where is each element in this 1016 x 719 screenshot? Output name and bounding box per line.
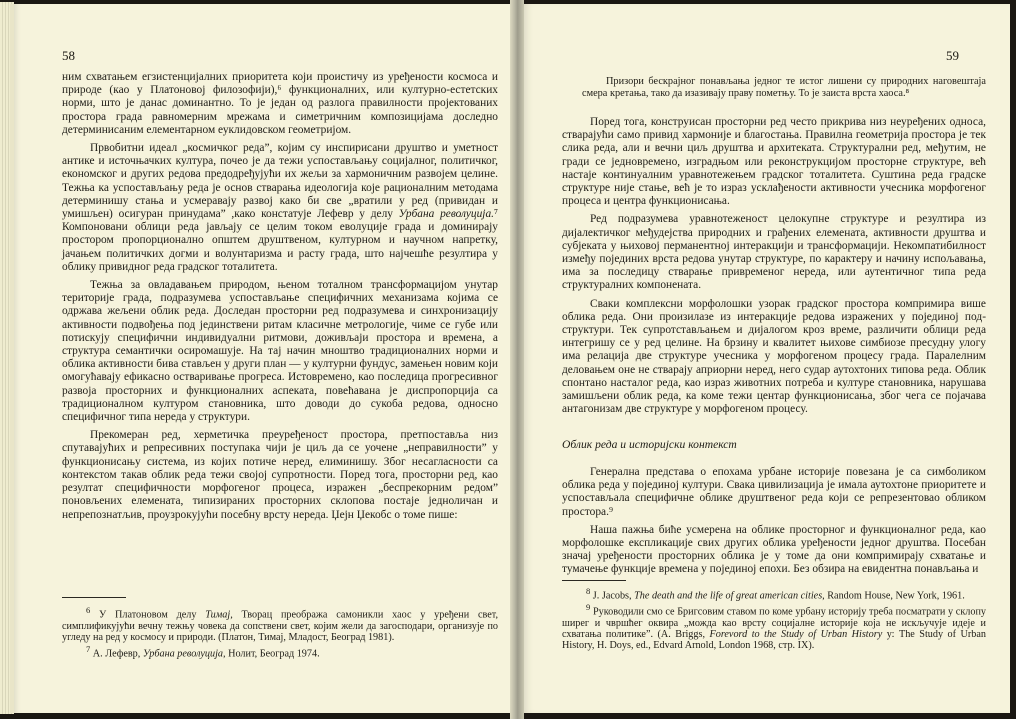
footnote-mark: 7 <box>86 644 90 654</box>
quote-text: Призори бескрајног понављања једног те и… <box>582 76 986 100</box>
footnote-9: 9 Руководили смо се Бригсовим ставом по … <box>562 602 986 652</box>
footnote-6: 6 У Платоновом делу Тимај, Творац преобр… <box>62 605 498 644</box>
paragraph: Наша пажња биће усмерена на облике прост… <box>562 524 986 577</box>
footnote-italic-title: The death and the life of great american… <box>634 590 825 601</box>
footnote-rule <box>62 597 126 598</box>
right-body-text: Поред тога, конструисан просторни ред че… <box>562 116 986 416</box>
paragraph: Поред тога, конструисан просторни ред че… <box>562 116 986 208</box>
page-number-left: 58 <box>62 48 75 64</box>
italic-title: Урбана револуција. <box>399 208 494 220</box>
paragraph: Сваки комплексни морфолошки узорак градс… <box>562 298 986 417</box>
paragraph: Тежња за овладавањем природом, њеном тот… <box>62 279 498 424</box>
paragraph: Генерална представа о епохама урбане ист… <box>562 466 986 519</box>
book-gutter <box>510 0 524 719</box>
footnote-7: 7 А. Лефевр, Урбана револуција, Нолит, Б… <box>62 644 498 660</box>
section-body-text: Генерална представа о епохама урбане ист… <box>562 466 986 577</box>
footnote-mark: 9 <box>586 602 590 612</box>
footnote-italic-title: Урбана револуција, <box>143 648 226 659</box>
footnote-8: 8 J. Jacobs, The death and the life of g… <box>562 586 986 602</box>
paragraph: Прекомеран ред, херметичка преуређеност … <box>62 429 498 521</box>
left-footnotes: 6 У Платоновом делу Тимај, Творац преобр… <box>62 605 498 659</box>
footnote-mark: 6 <box>86 605 90 615</box>
footnote-mark: 8 <box>586 586 590 596</box>
left-page: 58 ним схватањем егзистенцијалних приори… <box>10 4 510 713</box>
footnote-text: У Платоновом делу <box>99 609 205 620</box>
footnote-text: А. Лефевр, <box>93 648 143 659</box>
footnote-text: J. Jacobs, <box>593 590 634 601</box>
block-quote: Призори бескрајног понављања једног те и… <box>562 76 986 100</box>
footnote-italic-title: Forevord to the Study of Urban History <box>710 629 883 640</box>
left-body-text: ним схватањем егзистенцијалних приоритет… <box>62 71 498 522</box>
footnote-italic-title: Тимај, <box>205 609 233 620</box>
footnote-text: Нолит, Београд 1974. <box>226 648 320 659</box>
right-footnotes: 8 J. Jacobs, The death and the life of g… <box>562 586 986 652</box>
book-spread: 58 ним схватањем егзистенцијалних приори… <box>0 0 1016 719</box>
section-heading: Облик реда и историјски контекст <box>562 438 737 451</box>
page-number-right: 59 <box>946 48 959 64</box>
paragraph: Првобитни идеал „космичког реда”, којим … <box>62 142 498 274</box>
paragraph: Ред подразумева уравнотеженост целокупне… <box>562 213 986 292</box>
paragraph: ним схватањем егзистенцијалних приоритет… <box>62 71 498 137</box>
footnote-text: Random House, New York, 1961. <box>825 590 965 601</box>
footnote-rule <box>562 580 626 581</box>
right-page: 59 Призори бескрајног понављања једног т… <box>524 4 1010 713</box>
